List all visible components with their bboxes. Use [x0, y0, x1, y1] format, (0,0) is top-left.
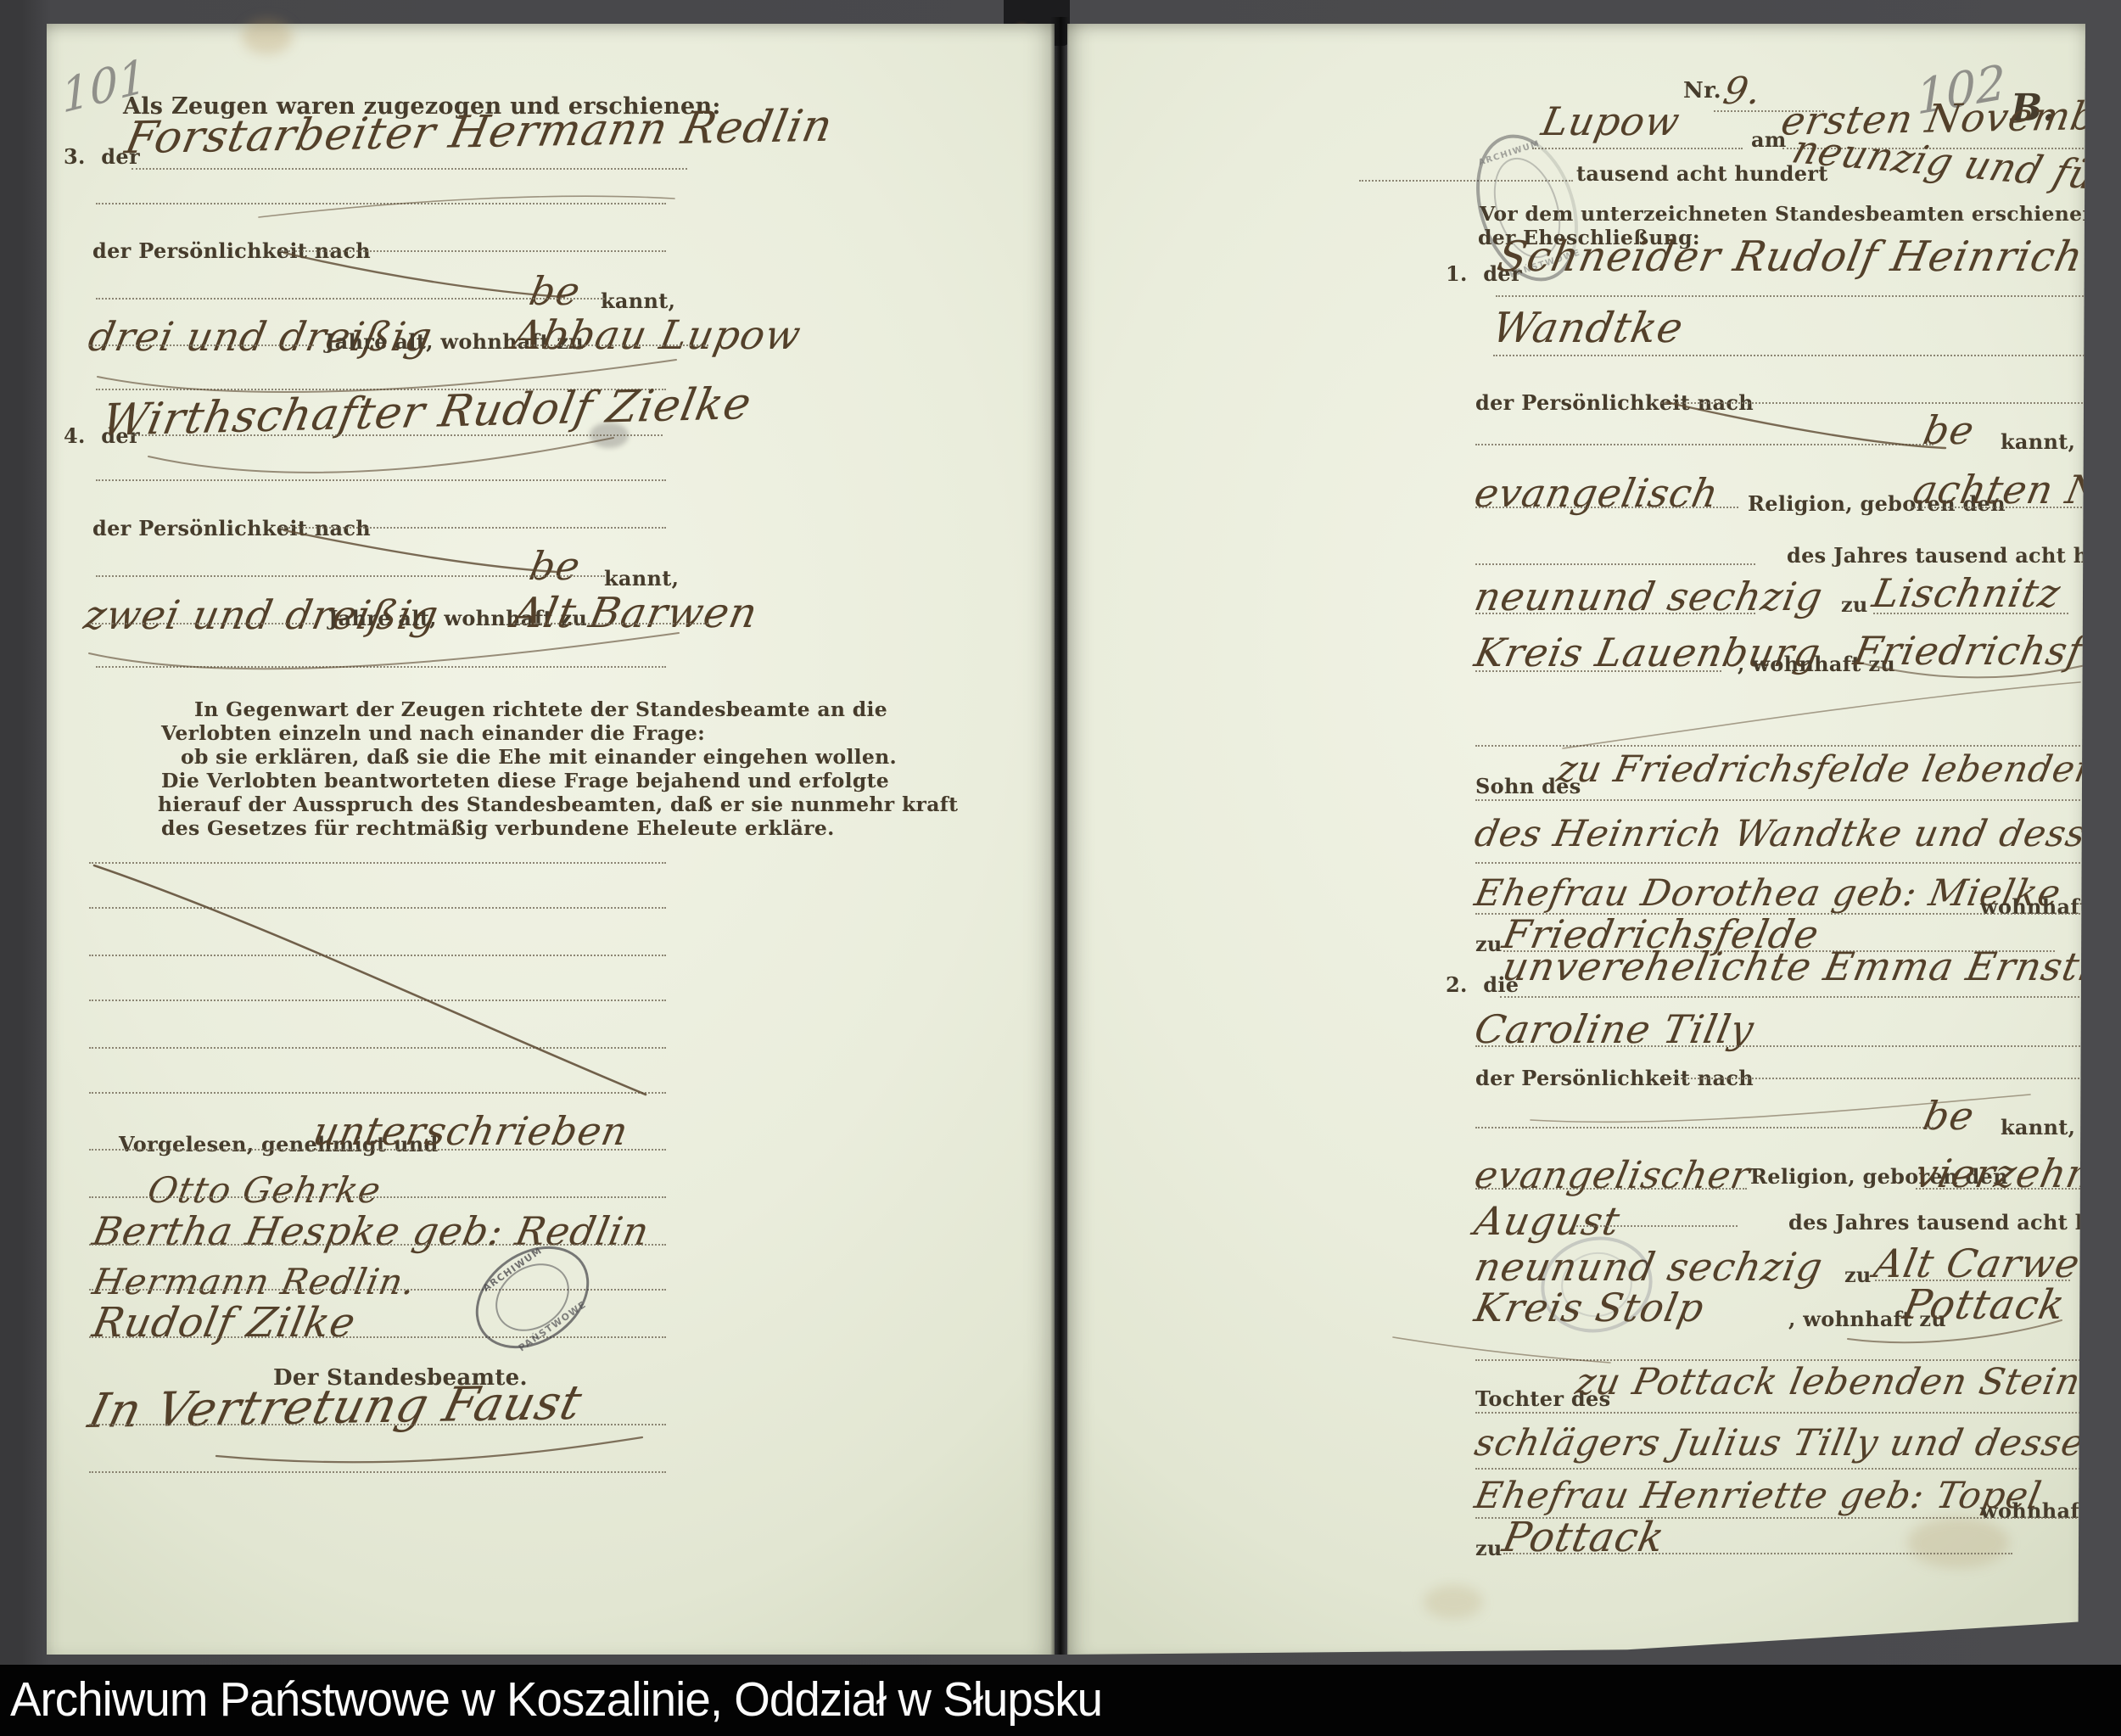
- right-page: 102 B. Nr. 9. Lupow am ersten November t…: [1067, 24, 2085, 1655]
- fill-line: [1475, 613, 1755, 614]
- groom-zu-label: zu: [1841, 592, 1868, 617]
- groom-religion-handwriting: evangelisch: [1471, 470, 1723, 516]
- fill-line: [96, 666, 666, 668]
- bride-zu2-label: zu: [1475, 1536, 1503, 1560]
- fill-line: [1493, 355, 2091, 356]
- groom-wohnhaft2-label: wohnhaft: [1980, 894, 2089, 919]
- fill-line: [89, 1196, 666, 1198]
- fill-line: [1911, 507, 2091, 508]
- closing-handwriting: unterschrieben: [310, 1108, 633, 1154]
- bride-district-handwriting: Kreis Stolp: [1471, 1285, 1709, 1330]
- fill-line: [1661, 402, 2090, 404]
- fill-line: [89, 623, 314, 624]
- fill-line: [1475, 1412, 2090, 1414]
- groom-parents-line3: Ehefrau Dorothea geb: Mielke: [1471, 872, 2064, 915]
- groom-kannt-label: kannt,: [2001, 429, 2075, 454]
- witness3-residence-handwriting: Abbau Lupow: [509, 312, 805, 359]
- witness4-residence-handwriting: Alt Barwen: [508, 589, 762, 637]
- record-number-value: 9.: [1720, 70, 1766, 113]
- groom-surname-handwriting: Wandtke: [1488, 304, 1687, 352]
- fill-line: [1475, 563, 1755, 565]
- groom-year-label: des Jahres tausend acht hundert: [1787, 543, 2121, 568]
- fill-line: [89, 907, 666, 909]
- bride-parents-line3: Ehefrau Henriette geb: Topel: [1471, 1475, 2045, 1517]
- fill-line: [132, 168, 687, 170]
- left-page: 101 Als Zeugen waren zugezogen und ersch…: [47, 24, 1055, 1655]
- bride-parents-line1: zu Pottack lebenden Stein: [1572, 1361, 2085, 1403]
- fill-line: [1576, 1225, 1738, 1227]
- fill-line: [89, 1000, 666, 1001]
- registrar-signature: In Vertretung Faust: [83, 1375, 587, 1439]
- bride-year-label: des Jahres tausend acht hundert: [1788, 1210, 2121, 1235]
- fill-line: [1475, 745, 2090, 747]
- fill-line: [1475, 799, 2090, 801]
- fill-line: [1475, 1045, 2090, 1047]
- fill-line: [1661, 1078, 2090, 1079]
- fill-line: [1916, 1188, 2094, 1190]
- fill-line: [89, 1244, 666, 1246]
- groom-birthday-handwriting: achten November: [1910, 467, 2121, 512]
- fill-line: [89, 1047, 666, 1049]
- fill-line: [279, 527, 666, 529]
- groom-parents-line1: zu Friedrichsfelde lebenden Hirten: [1553, 748, 2121, 791]
- fill-line: [96, 203, 666, 204]
- declaration-line: In Gegenwart der Zeugen richtete der Sta…: [194, 697, 887, 721]
- signature-witness: Otto Gehrke: [144, 1169, 384, 1211]
- fill-line: [89, 344, 314, 346]
- fill-line: [1475, 507, 1738, 508]
- bride-parents-line2: schlägers Julius Tilly und dessen: [1471, 1422, 2113, 1464]
- fill-line: [96, 575, 605, 577]
- fill-line: [89, 1092, 666, 1094]
- signature-witness4: Rudolf Zilke: [89, 1299, 360, 1347]
- fill-line: [279, 250, 666, 252]
- fill-line: [1503, 1553, 2012, 1554]
- fill-line: [1475, 862, 2090, 864]
- declaration-line: des Gesetzes für rechtmäßig verbundene E…: [161, 816, 835, 840]
- archive-caption-bar: Archiwum Państwowe w Koszalinie, Oddział…: [0, 1665, 2121, 1736]
- signature-witness3: Hermann Redlin.: [89, 1261, 419, 1302]
- bride-kannt-label: kannt,: [2001, 1115, 2075, 1140]
- fill-line: [89, 1471, 666, 1473]
- witness4-kannt-label: kannt,: [604, 566, 679, 591]
- declaration-line: Verlobten einzeln und nach einander die …: [161, 721, 705, 745]
- pen-stroke: [1563, 682, 2080, 748]
- witness3-kannt-label: kannt,: [601, 288, 675, 313]
- fill-line: [1496, 295, 2090, 297]
- cross-out-stroke: [94, 865, 646, 1095]
- groom-birthplace-handwriting: Lischnitz: [1869, 570, 2065, 616]
- witness3-be-handwriting: be: [526, 268, 585, 314]
- bride-be-handwriting: be: [1920, 1093, 1978, 1139]
- bride-wohnhaft2-label: wohnhaft: [1980, 1498, 2089, 1523]
- record-number-label: Nr.: [1683, 78, 1721, 104]
- bride-religion-handwriting: evangelischer: [1471, 1154, 1754, 1197]
- bride-residence-handwriting: Pottack: [1900, 1281, 2069, 1329]
- fill-line: [89, 1424, 666, 1425]
- groom-residence-handwriting: Friedrichsfelde: [1850, 628, 2121, 674]
- bride-zu-label: zu: [1844, 1263, 1872, 1287]
- fill-line: [96, 479, 666, 481]
- fill-line: [1475, 444, 1934, 445]
- witness4-be-handwriting: be: [526, 543, 585, 589]
- bride-name-handwriting: unverehelichte Emma Ernstine: [1499, 944, 2121, 989]
- groom-be-handwriting: be: [1920, 407, 1978, 453]
- fill-line: [89, 1149, 666, 1151]
- fill-line: [513, 344, 708, 346]
- archive-caption-text: Archiwum Państwowe w Koszalinie, Oddział…: [10, 1665, 1102, 1736]
- fill-line: [513, 623, 708, 624]
- pen-stroke: [259, 196, 674, 217]
- declaration-line: hierauf der Ausspruch des Standesbeamten…: [158, 792, 958, 816]
- fill-line: [89, 862, 666, 864]
- fill-line: [132, 434, 663, 436]
- groom-zu2-label: zu: [1475, 932, 1503, 956]
- groom-name-handwriting: Schneider Rudolf Heinrich: [1493, 232, 2087, 281]
- signature-flourish: [216, 1437, 642, 1462]
- fill-line: [1873, 613, 2068, 614]
- paper-stain: [1424, 1585, 1483, 1619]
- scanned-registry-spread: 101 Als Zeugen waren zugezogen und ersch…: [0, 0, 2121, 1736]
- intro-line1: Vor dem unterzeichneten Standesbeamten e…: [1480, 202, 2121, 226]
- fill-line: [1475, 1127, 1934, 1128]
- fill-line: [1475, 670, 1721, 672]
- fill-line: [1532, 148, 1743, 149]
- fill-line: [1475, 1468, 2090, 1470]
- fill-line: [1475, 1188, 1747, 1190]
- paper-stain: [1907, 1517, 2009, 1568]
- declaration-line: ob sie erklären, daß sie die Ehe mit ein…: [181, 745, 897, 769]
- fill-line: [96, 298, 605, 300]
- fill-line: [89, 955, 666, 956]
- groom-parents-line2: des Heinrich Wandtke und dessen: [1471, 813, 2121, 855]
- signature-bride-mother: Bertha Hespke geb: Redlin: [89, 1208, 653, 1254]
- fill-line: [89, 1336, 666, 1338]
- declaration-line: Die Verlobten beantworteten diese Frage …: [161, 769, 889, 792]
- fill-line: [1500, 996, 2090, 998]
- paper-stain: [242, 19, 293, 54]
- book-fold-shadow: [1050, 17, 1069, 1655]
- place-handwriting: Lupow: [1538, 98, 1684, 144]
